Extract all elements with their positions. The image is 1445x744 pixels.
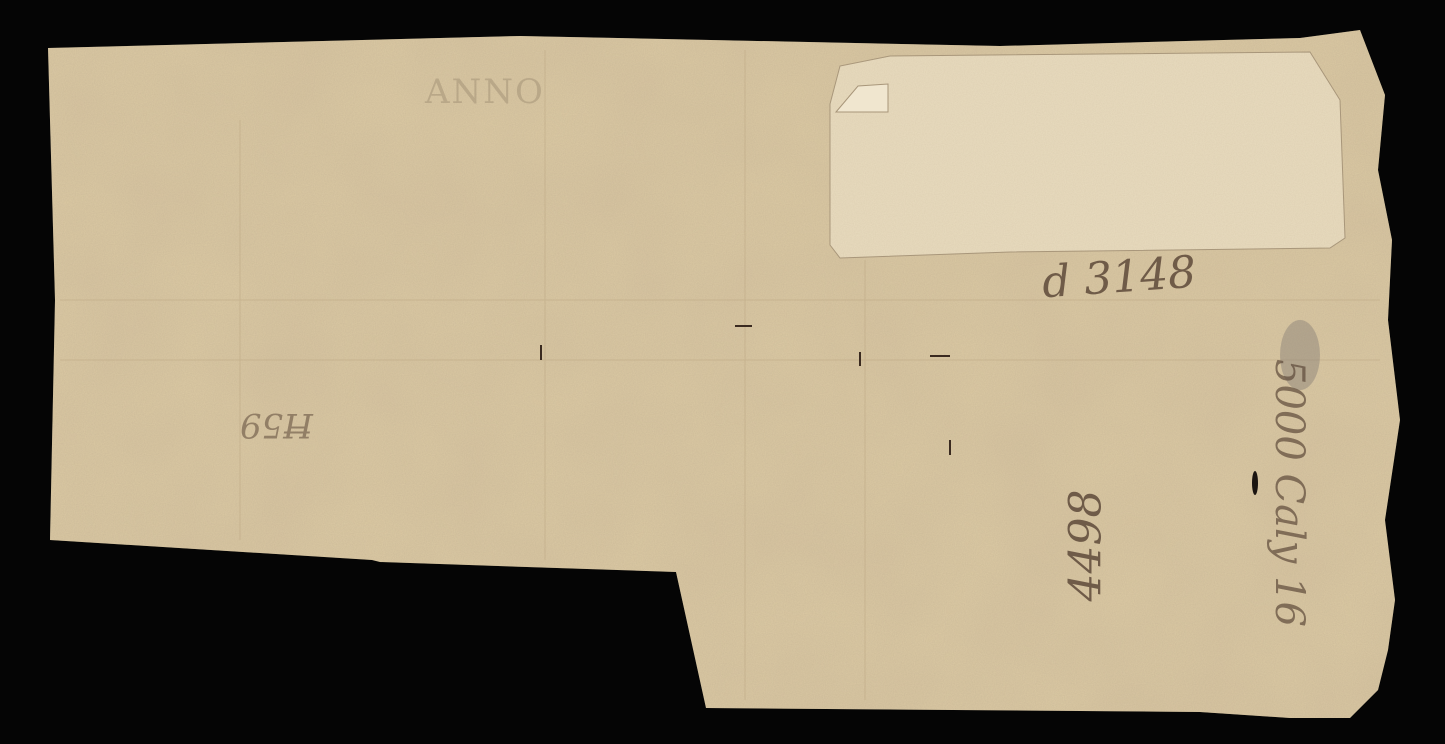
paper-shape: [0, 0, 1445, 744]
catalog-number-inscription: d 3148: [1040, 247, 1197, 309]
rotated-number-inscription: 4498: [1060, 490, 1111, 602]
paper-fragment: ANNO d 3148 4498 Ħ59 5000 Caly 16: [0, 0, 1445, 744]
margin-inscription: 5000 Caly 16: [1266, 359, 1312, 627]
faint-top-print: ANNO: [425, 72, 545, 112]
faint-number-mark: Ħ59: [240, 405, 313, 445]
